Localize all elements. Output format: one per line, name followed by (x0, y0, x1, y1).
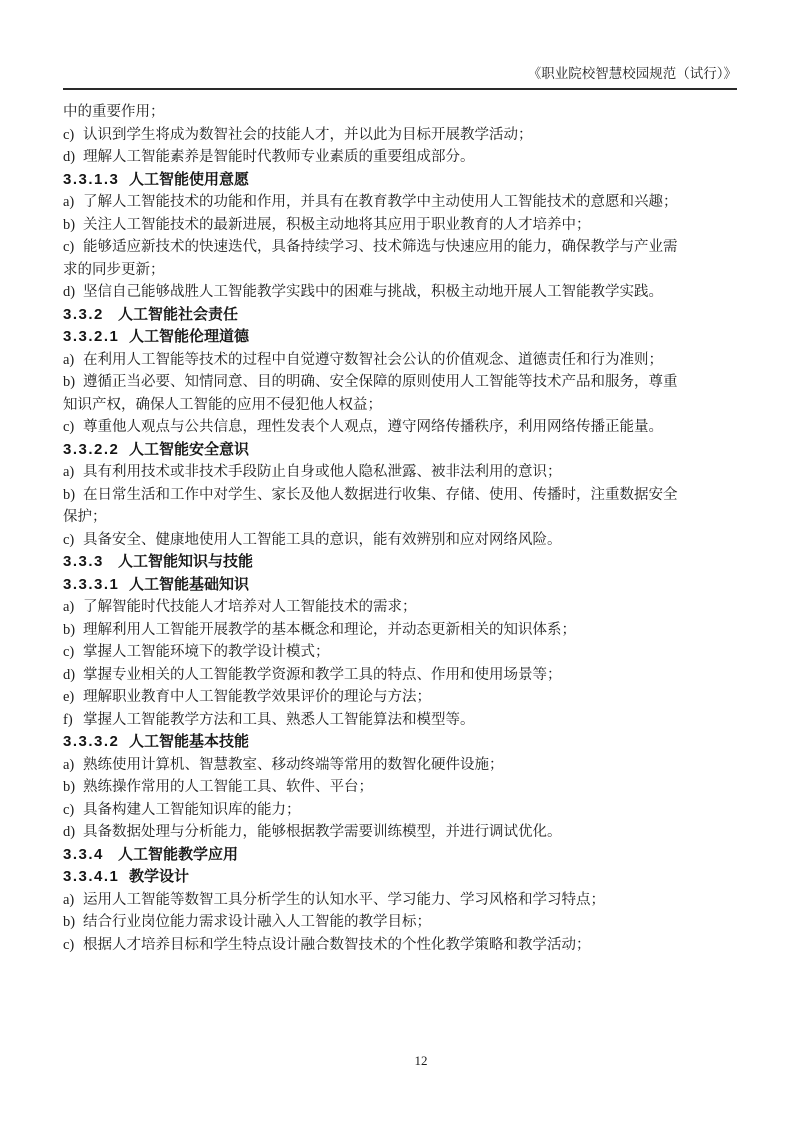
item-label: a) (63, 349, 83, 372)
heading-number: 3.3.2.1 (63, 326, 129, 349)
item-label: b) (63, 214, 83, 237)
item-label: b) (63, 619, 83, 642)
heading-number: 3.3.3 (63, 551, 118, 574)
item-text: 熟练使用计算机、智慧教室、移动终端等常用的数智化硬件设施； (83, 757, 504, 773)
item-text: 尊重他人观点与公共信息，理性发表个人观点，遵守网络传播秩序，利用网络传播正能量。 (83, 419, 663, 435)
heading-title: 人工智能知识与技能 (118, 553, 253, 570)
item-text: 理解利用人工智能开展教学的基本概念和理论，并动态更新相关的知识体系； (83, 622, 576, 638)
item-label: a) (63, 596, 83, 619)
item-label: b) (63, 911, 83, 934)
item-label: d) (63, 281, 83, 304)
heading-title: 人工智能社会责任 (118, 306, 238, 323)
item-label: c) (63, 124, 83, 147)
item-text: 理解人工智能素养是智能时代教师专业素质的重要组成部分。 (83, 149, 475, 165)
item-label: c) (63, 416, 83, 439)
heading-number: 3.3.2.2 (63, 439, 129, 462)
item-text: 具备构建人工智能知识库的能力； (83, 802, 301, 818)
item-text: 认识到学生将成为数智社会的技能人才，并以此为目标开展教学活动； (83, 127, 533, 143)
item-label: a) (63, 461, 83, 484)
item-text: 在日常生活和工作中对学生、家长及他人数据进行收集、存储、使用、传播时，注重数据安… (63, 487, 678, 526)
heading-number: 3.3.1.3 (63, 169, 129, 192)
list-item: b)在日常生活和工作中对学生、家长及他人数据进行收集、存储、使用、传播时，注重数… (63, 484, 680, 529)
document-title: 《职业院校智慧校园规范（试行）》 (528, 66, 737, 81)
item-label: a) (63, 754, 83, 777)
list-item: c)根据人才培养目标和学生特点设计融合数智技术的个性化教学策略和教学活动； (63, 934, 680, 957)
item-text: 具备安全、健康地使用人工智能工具的意识，能有效辨别和应对网络风险。 (83, 532, 562, 548)
item-text: 掌握人工智能环境下的教学设计模式； (83, 644, 330, 660)
item-label: d) (63, 146, 83, 169)
list-item: d)具备数据处理与分析能力，能够根据教学需要训练模型，并进行调试优化。 (63, 821, 680, 844)
heading-3-3-2-1: 3.3.2.1人工智能伦理道德 (63, 326, 737, 349)
list-item: e)理解职业教育中人工智能教学效果评价的理论与方法； (63, 686, 680, 709)
list-item: b)熟练操作常用的人工智能工具、软件、平台； (63, 776, 680, 799)
heading-3-3-3: 3.3.3人工智能知识与技能 (63, 551, 737, 574)
item-text: 能够适应新技术的快速迭代，具备持续学习、技术筛选与快速应用的能力，确保教学与产业… (63, 239, 678, 278)
list-item: a)在利用人工智能等技术的过程中自觉遵守数智社会公认的价值观念、道德责任和行为准… (63, 349, 680, 372)
item-text: 具备数据处理与分析能力，能够根据教学需要训练模型，并进行调试优化。 (83, 824, 562, 840)
list-item: a)了解人工智能技术的功能和作用，并具有在教育教学中主动使用人工智能技术的意愿和… (63, 191, 680, 214)
list-item: b)关注人工智能技术的最新进展，积极主动地将其应用于职业教育的人才培养中； (63, 214, 680, 237)
item-label: e) (63, 686, 83, 709)
list-item: b)遵循正当必要、知情同意、目的明确、安全保障的原则使用人工智能等技术产品和服务… (63, 371, 680, 416)
heading-3-3-3-2: 3.3.3.2人工智能基本技能 (63, 731, 737, 754)
page-footer: 12 (0, 1053, 800, 1069)
heading-3-3-3-1: 3.3.3.1人工智能基础知识 (63, 574, 737, 597)
list-item: c)认识到学生将成为数智社会的技能人才，并以此为目标开展教学活动； (63, 124, 680, 147)
item-text: 结合行业岗位能力需求设计融入人工智能的教学目标； (83, 914, 431, 930)
heading-number: 3.3.4.1 (63, 866, 129, 889)
item-label: c) (63, 799, 83, 822)
item-text: 掌握专业相关的人工智能教学资源和教学工具的特点、作用和使用场景等； (83, 667, 562, 683)
list-item: a)熟练使用计算机、智慧教室、移动终端等常用的数智化硬件设施； (63, 754, 680, 777)
document-page: { "header": { "title": "《职业院校智慧校园规范（试行）》… (0, 0, 800, 1131)
list-item: d)坚信自己能够战胜人工智能教学实践中的困难与挑战，积极主动地开展人工智能教学实… (63, 281, 680, 304)
item-text: 关注人工智能技术的最新进展，积极主动地将其应用于职业教育的人才培养中； (83, 217, 591, 233)
list-item: d)掌握专业相关的人工智能教学资源和教学工具的特点、作用和使用场景等； (63, 664, 680, 687)
heading-3-3-1-3: 3.3.1.3人工智能使用意愿 (63, 169, 737, 192)
item-text: 在利用人工智能等技术的过程中自觉遵守数智社会公认的价值观念、道德责任和行为准则； (83, 352, 663, 368)
heading-title: 人工智能伦理道德 (129, 328, 249, 345)
heading-3-3-2-2: 3.3.2.2人工智能安全意识 (63, 439, 737, 462)
list-item: c)掌握人工智能环境下的教学设计模式； (63, 641, 680, 664)
page-body: 中的重要作用； c)认识到学生将成为数智社会的技能人才，并以此为目标开展教学活动… (63, 90, 737, 956)
carryover-line: 中的重要作用； (63, 101, 737, 124)
item-text: 了解智能时代技能人才培养对人工智能技术的需求； (83, 599, 417, 615)
list-item: c)能够适应新技术的快速迭代，具备持续学习、技术筛选与快速应用的能力，确保教学与… (63, 236, 680, 281)
item-text: 坚信自己能够战胜人工智能教学实践中的困难与挑战，积极主动地开展人工智能教学实践。 (83, 284, 663, 300)
heading-title: 教学设计 (129, 868, 189, 885)
item-text: 具有利用技术或非技术手段防止自身或他人隐私泄露、被非法利用的意识； (83, 464, 562, 480)
item-text: 运用人工智能等数智工具分析学生的认知水平、学习能力、学习风格和学习特点； (83, 892, 605, 908)
heading-number: 3.3.4 (63, 844, 118, 867)
item-label: d) (63, 664, 83, 687)
page-number: 12 (415, 1053, 428, 1068)
list-item: c)尊重他人观点与公共信息，理性发表个人观点，遵守网络传播秩序，利用网络传播正能… (63, 416, 680, 439)
item-text: 理解职业教育中人工智能教学效果评价的理论与方法； (83, 689, 431, 705)
heading-3-3-4-1: 3.3.4.1教学设计 (63, 866, 737, 889)
item-label: b) (63, 484, 83, 507)
item-text: 熟练操作常用的人工智能工具、软件、平台； (83, 779, 373, 795)
item-label: c) (63, 236, 83, 259)
item-label: d) (63, 821, 83, 844)
heading-title: 人工智能安全意识 (129, 441, 249, 458)
item-text: 根据人才培养目标和学生特点设计融合数智技术的个性化教学策略和教学活动； (83, 937, 591, 953)
heading-title: 人工智能基本技能 (129, 733, 249, 750)
item-text: 了解人工智能技术的功能和作用，并具有在教育教学中主动使用人工智能技术的意愿和兴趣… (83, 194, 678, 210)
item-text: 遵循正当必要、知情同意、目的明确、安全保障的原则使用人工智能等技术产品和服务，尊… (63, 374, 678, 413)
list-item: f)掌握人工智能教学方法和工具、熟悉人工智能算法和模型等。 (63, 709, 680, 732)
heading-title: 人工智能使用意愿 (129, 171, 249, 188)
item-label: c) (63, 529, 83, 552)
heading-3-3-2: 3.3.2人工智能社会责任 (63, 304, 737, 327)
list-item: b)理解利用人工智能开展教学的基本概念和理论，并动态更新相关的知识体系； (63, 619, 680, 642)
list-item: b)结合行业岗位能力需求设计融入人工智能的教学目标； (63, 911, 680, 934)
list-item: a)具有利用技术或非技术手段防止自身或他人隐私泄露、被非法利用的意识； (63, 461, 680, 484)
item-label: b) (63, 371, 83, 394)
item-label: a) (63, 889, 83, 912)
heading-title: 人工智能基础知识 (129, 576, 249, 593)
heading-number: 3.3.3.1 (63, 574, 129, 597)
list-item: d)理解人工智能素养是智能时代教师专业素质的重要组成部分。 (63, 146, 680, 169)
list-item: c)具备构建人工智能知识库的能力； (63, 799, 680, 822)
page-header: 《职业院校智慧校园规范（试行）》 (63, 0, 737, 90)
item-label: b) (63, 776, 83, 799)
item-text: 掌握人工智能教学方法和工具、熟悉人工智能算法和模型等。 (83, 712, 475, 728)
item-label: c) (63, 934, 83, 957)
item-label: f) (63, 709, 83, 732)
item-label: a) (63, 191, 83, 214)
list-item: c)具备安全、健康地使用人工智能工具的意识，能有效辨别和应对网络风险。 (63, 529, 680, 552)
heading-title: 人工智能教学应用 (118, 846, 238, 863)
list-item: a)了解智能时代技能人才培养对人工智能技术的需求； (63, 596, 680, 619)
heading-3-3-4: 3.3.4人工智能教学应用 (63, 844, 737, 867)
item-label: c) (63, 641, 83, 664)
heading-number: 3.3.2 (63, 304, 118, 327)
heading-number: 3.3.3.2 (63, 731, 129, 754)
list-item: a)运用人工智能等数智工具分析学生的认知水平、学习能力、学习风格和学习特点； (63, 889, 680, 912)
